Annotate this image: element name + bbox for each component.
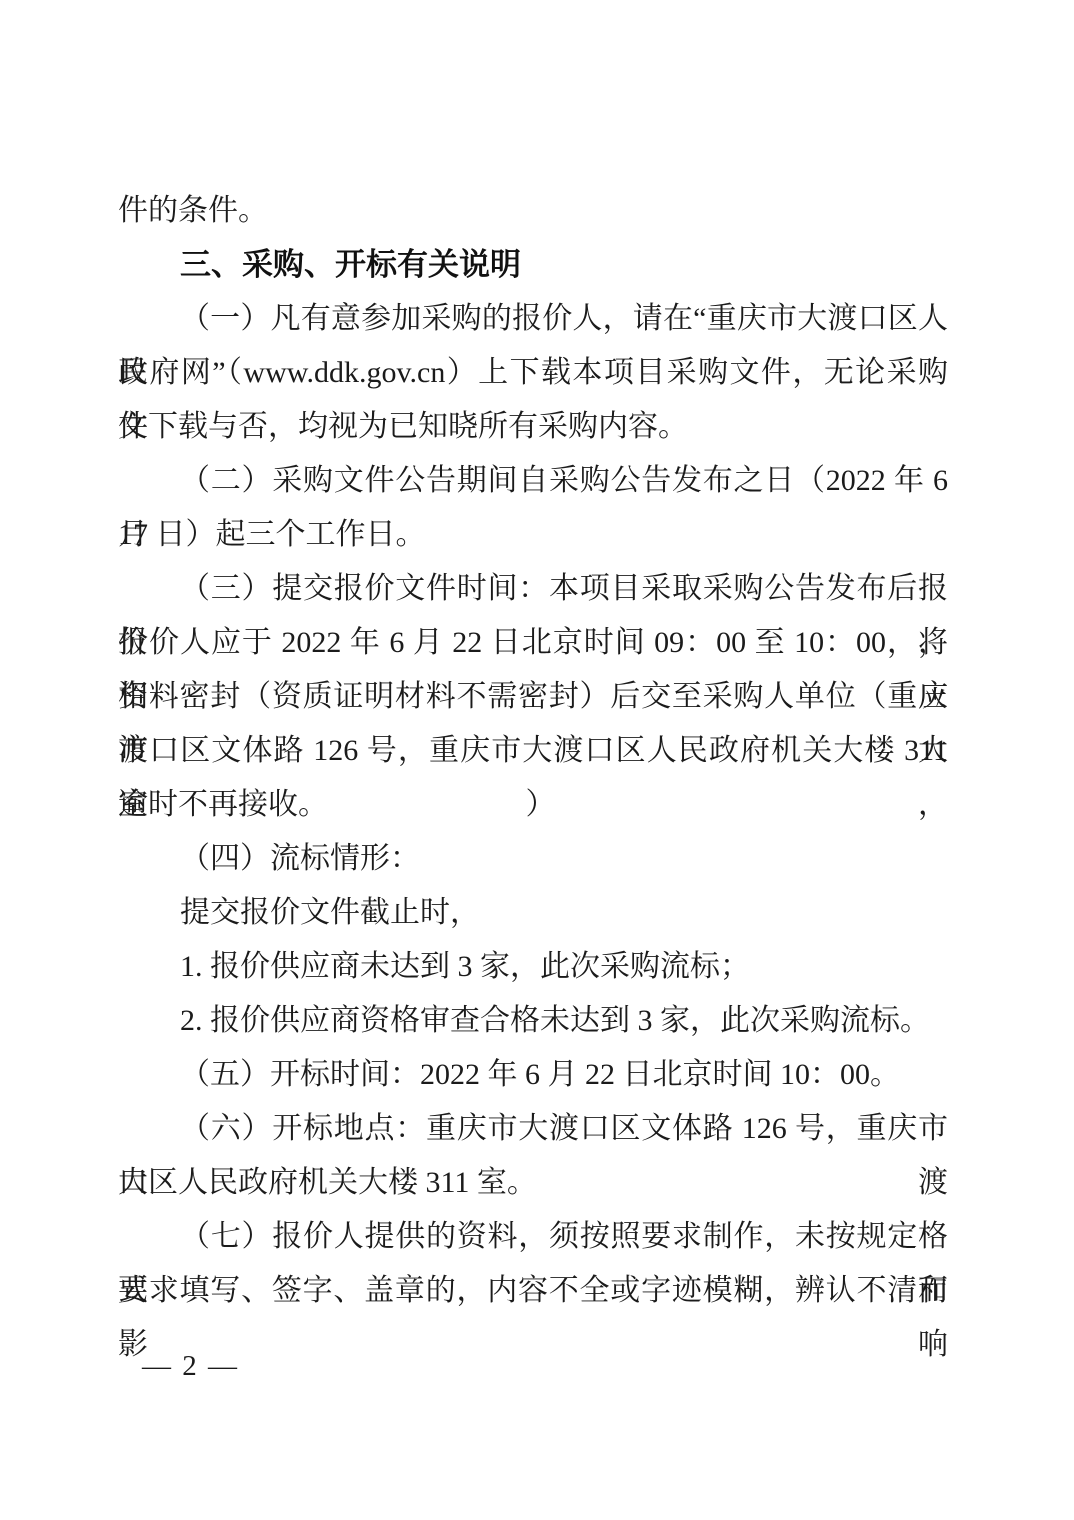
document-line: （一）凡有意参加采购的报价人，请在“重庆市大渡口区人民 (118, 292, 948, 346)
document-line: 资料密封（资质证明材料不需密封）后交至采购人单位（重庆市大 (118, 670, 948, 724)
document-line: 1. 报价供应商未达到 3 家，此次采购流标； (118, 940, 948, 994)
document-line: 政府网”（www.ddk.gov.cn）上下载本项目采购文件，无论采购文 (118, 346, 948, 400)
document-line: （七）报价人提供的资料，须按照要求制作，未按规定格式和 (118, 1210, 948, 1264)
section-heading: 三、采购、开标有关说明 (118, 238, 948, 292)
document-page: 件的条件。 三、采购、开标有关说明 （一）凡有意参加采购的报价人，请在“重庆市大… (0, 0, 1074, 1520)
document-line: 要求填写、签字、盖章的，内容不全或字迹模糊，辨认不清而影响 (118, 1264, 948, 1318)
document-line: （六）开标地点：重庆市大渡口区文体路 126 号，重庆市大渡 (118, 1102, 948, 1156)
document-line: 件的条件。 (118, 184, 948, 238)
document-line: （三）提交报价文件时间：本项目采取采购公告发布后报价， (118, 562, 948, 616)
document-body: 件的条件。 三、采购、开标有关说明 （一）凡有意参加采购的报价人，请在“重庆市大… (118, 184, 948, 1318)
document-line: 件下载与否，均视为已知晓所有采购内容。 (118, 400, 948, 454)
page-number: — 2 — (142, 1339, 239, 1393)
document-line: 提交报价文件截止时， (118, 886, 948, 940)
document-line: （五）开标时间：2022 年 6 月 22 日北京时间 10：00。 (118, 1048, 948, 1102)
document-line: （四）流标情形： (118, 832, 948, 886)
document-line: 报价人应于 2022 年 6 月 22 日北京时间 09：00 至 10：00，… (118, 616, 948, 670)
document-line: （二）采购文件公告期间自采购公告发布之日（2022 年 6 月 (118, 454, 948, 508)
document-line: 2. 报价供应商资格审查合格未达到 3 家，此次采购流标。 (118, 994, 948, 1048)
document-line: 渡口区文体路 126 号，重庆市大渡口区人民政府机关大楼 311 室）， (118, 724, 948, 778)
document-line: 17 日）起三个工作日。 (118, 508, 948, 562)
